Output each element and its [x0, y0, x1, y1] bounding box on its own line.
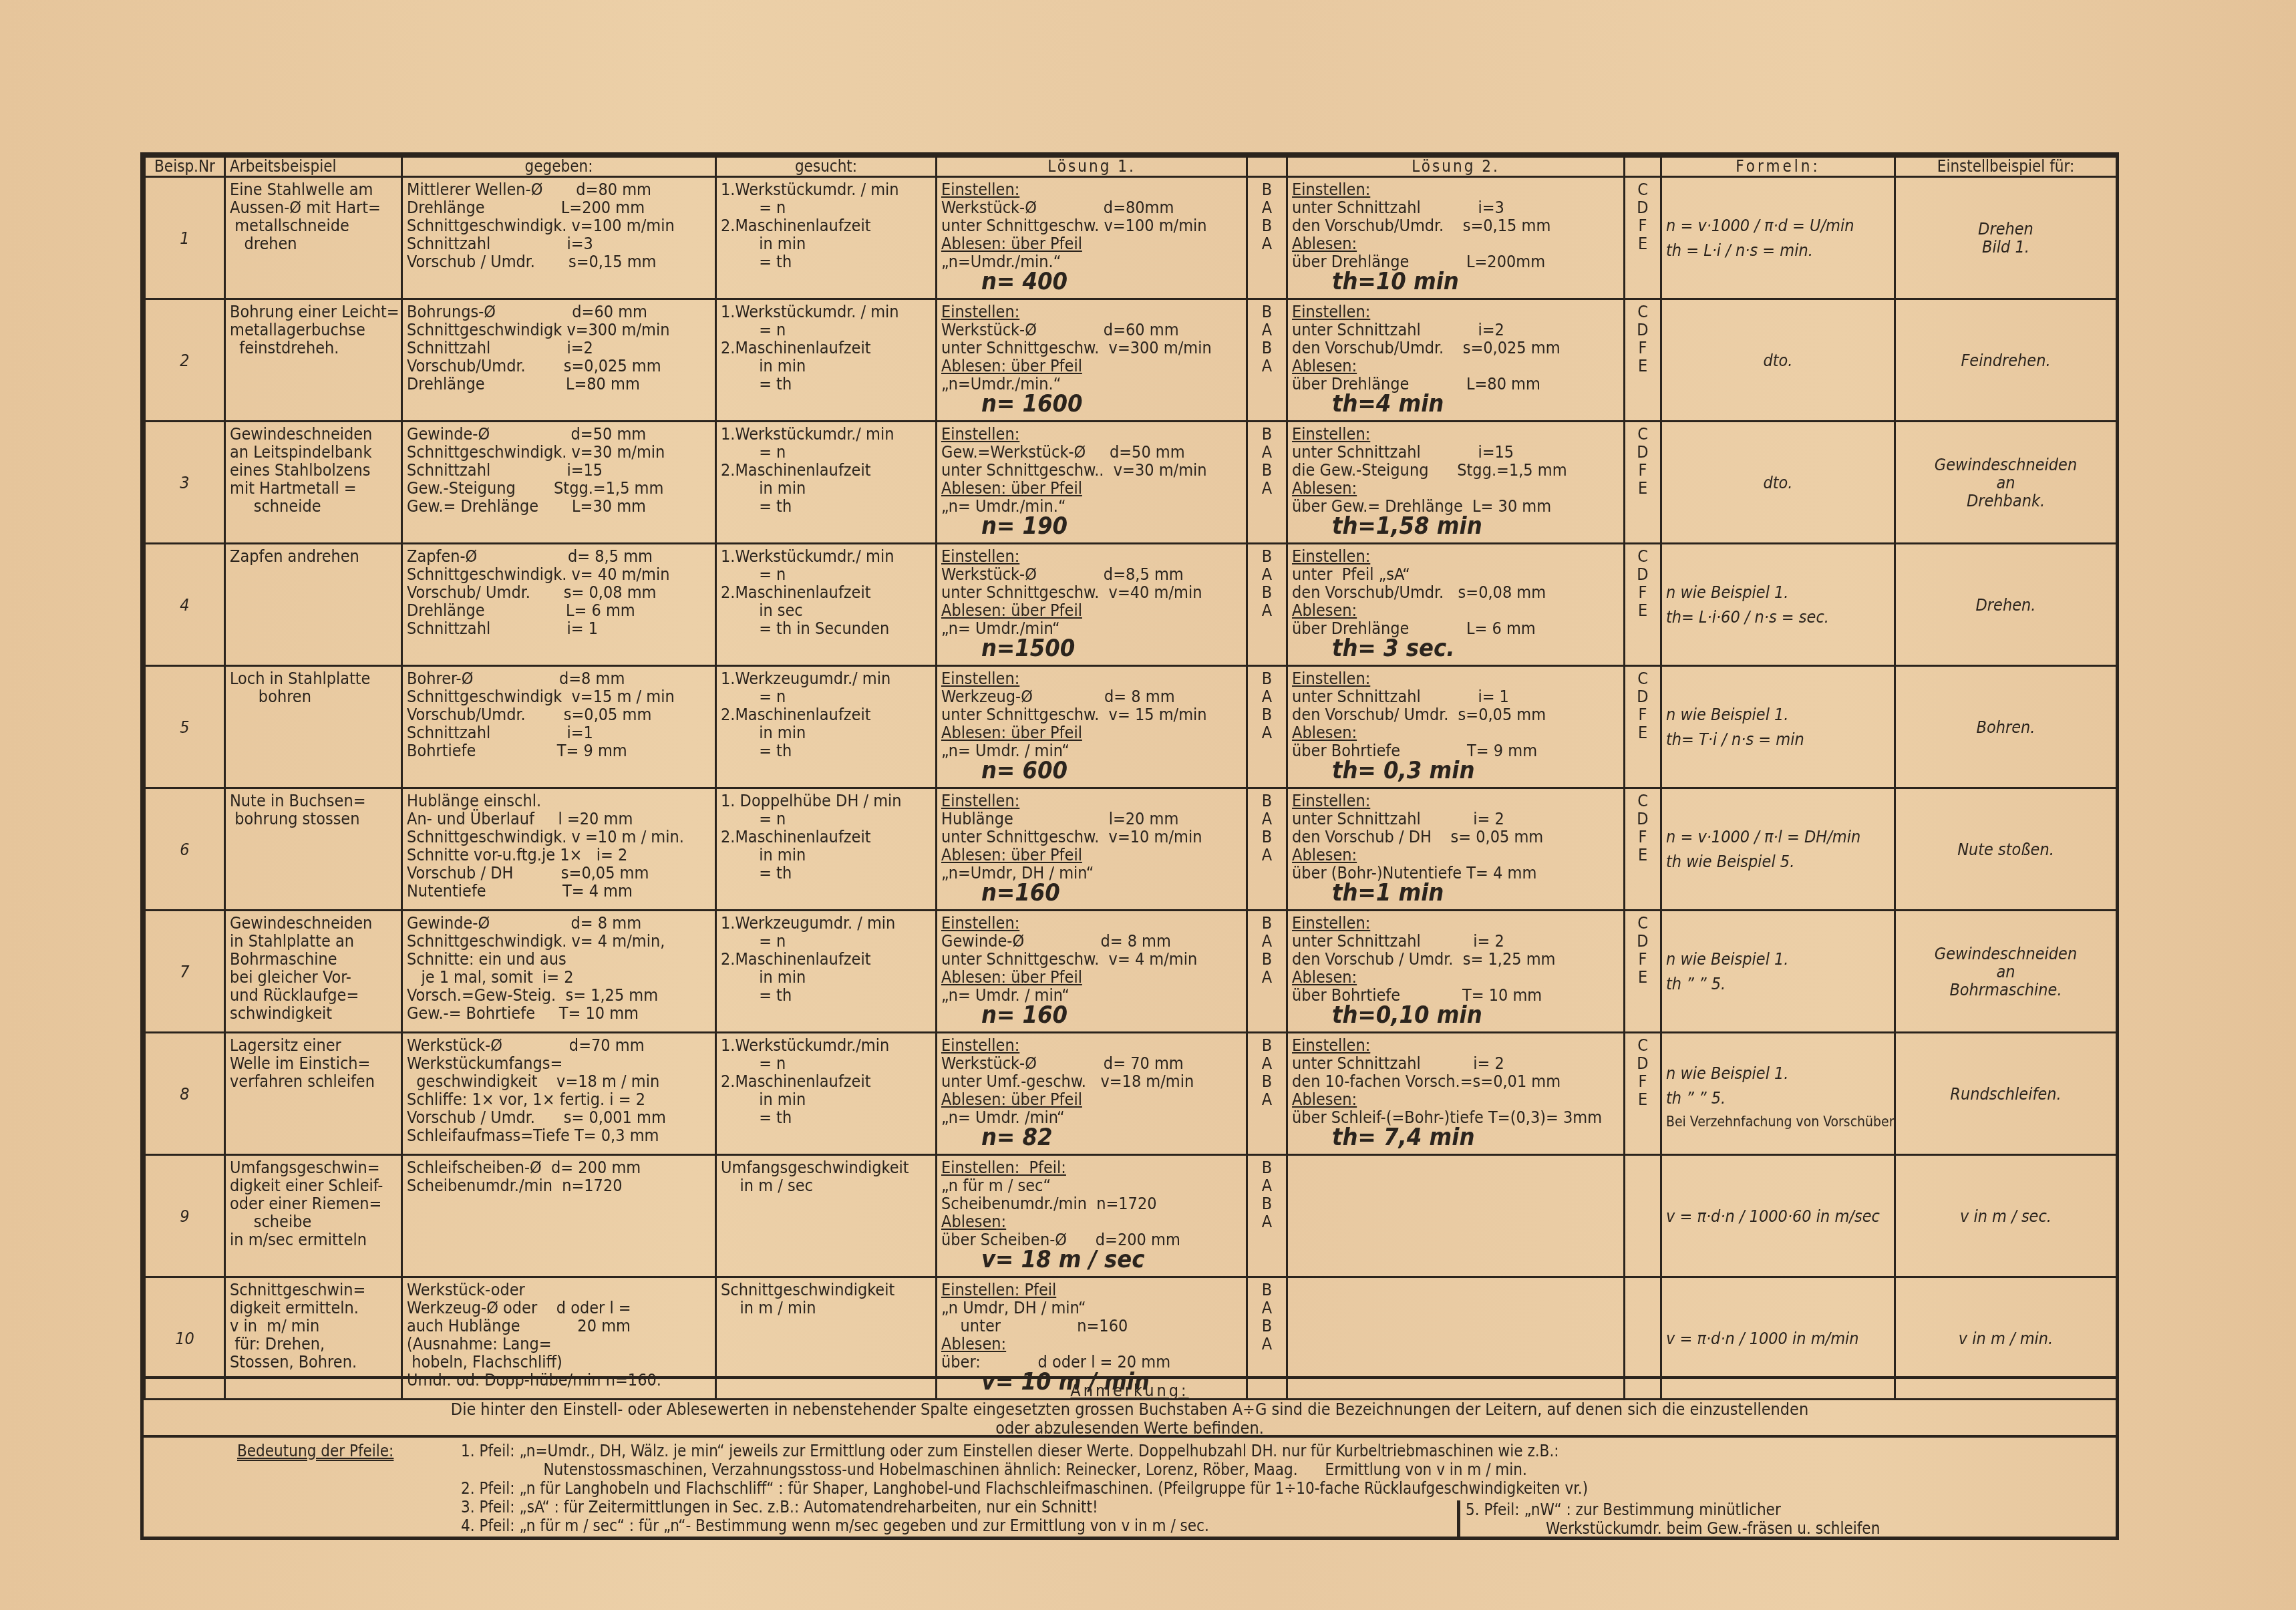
loesung1-line: Ablesen: über Pfeil — [941, 601, 1242, 619]
arbeit-line: bohren — [230, 687, 397, 705]
gesucht-cell: 1.Werkstückumdr. / min = n2.Maschinenlau… — [716, 177, 937, 299]
gegeben-line: Schnittzahl i=3 — [407, 234, 711, 253]
gegeben-line: Bohrer-Ø d=8 mm — [407, 669, 711, 687]
loesung1-line: Einstellen: — [941, 1036, 1242, 1054]
loesung1-line: Ablesen: über Pfeil — [941, 234, 1242, 253]
arbeitsbeispiel-cell: Umfangsgeschwin=digkeit einer Schleif-od… — [225, 1155, 402, 1277]
loesung2-result: th=0,10 min — [1292, 1004, 1619, 1027]
loesung1-line: unter Schnittgeschw. v=300 m/min — [941, 339, 1242, 357]
gegeben-line: (Ausnahme: Lang= — [407, 1335, 711, 1353]
scale-letter: B — [1252, 1158, 1282, 1176]
scale-letter: A — [1252, 1090, 1282, 1108]
scale-letter: F — [1629, 216, 1656, 234]
loesung1-line: Einstellen: — [941, 303, 1242, 321]
loesung2-line: unter Schnittzahl i= 2 — [1292, 932, 1619, 950]
gesucht-line: = n — [721, 321, 931, 339]
loesung2-line: Ablesen: — [1292, 479, 1619, 497]
loesung1-cell: Einstellen:Hublänge l=20 mmunter Schnitt… — [937, 788, 1247, 911]
loesung2-line: Einstellen: — [1292, 669, 1619, 687]
gesucht-line: 2.Maschinenlaufzeit — [721, 1072, 931, 1090]
scale-letter: D — [1629, 810, 1656, 828]
scale-letters-2: CDFE — [1625, 911, 1661, 1033]
arbeit-line: digkeit ermitteln. — [230, 1299, 397, 1317]
anmerkung-text-2: oder abzulesenden Werte befinden. — [144, 1419, 2116, 1438]
formula-line: n wie Beispiel 1. — [1666, 950, 1890, 968]
gesucht-line: = th — [721, 497, 931, 515]
einstellbeispiel-line: Bild 1. — [1900, 238, 2112, 256]
einstellbeispiel-cell: Feindrehen. — [1895, 299, 2117, 422]
example-number: 8 — [145, 1033, 225, 1155]
loesung1-line: „n für m / sec“ — [941, 1176, 1242, 1194]
formula-line: v = π·d·n / 1000·60 in m/sec — [1666, 1207, 1890, 1225]
scale-letter: D — [1629, 565, 1656, 583]
loesung2-line: den Vorschub/Umdr. s=0,15 mm — [1292, 216, 1619, 234]
loesung1-cell: Einstellen:Werkzeug-Ø d= 8 mmunter Schni… — [937, 666, 1247, 788]
formula-line: th= T·i / n·s = min — [1666, 730, 1890, 748]
formula-line: n = v·1000 / π·l = DH/min — [1666, 828, 1890, 846]
header-letters2 — [1625, 157, 1661, 177]
gegeben-line: Gew.= Drehlänge L=30 mm — [407, 497, 711, 515]
arbeitsbeispiel-cell: Lagersitz einerWelle im Einstich=verfahr… — [225, 1033, 402, 1155]
arbeitsbeispiel-cell: Zapfen andrehen — [225, 544, 402, 666]
gesucht-line: Umfangsgeschwindigkeit — [721, 1158, 931, 1176]
gesucht-line: 1.Werkstückumdr./min — [721, 1036, 931, 1054]
arbeit-line: bei gleicher Vor- — [230, 968, 397, 986]
loesung2-line: unter Schnittzahl i= 1 — [1292, 687, 1619, 705]
gesucht-cell: Umfangsgeschwindigkeit in m / sec — [716, 1155, 937, 1277]
loesung2-line: den Vorschub/ Umdr. s=0,05 mm — [1292, 705, 1619, 723]
example-number: 9 — [145, 1155, 225, 1277]
gegeben-line: Vorschub / Umdr. s= 0,001 mm — [407, 1108, 711, 1126]
loesung2-line: Ablesen: — [1292, 357, 1619, 375]
arbeitsbeispiel-cell: Gewindeschneidenin Stahlplatte anBohrmas… — [225, 911, 402, 1033]
scale-letter: E — [1629, 357, 1656, 375]
scale-letters-1: BABA — [1247, 1033, 1287, 1155]
gesucht-line: 1.Werkstückumdr. / min — [721, 303, 931, 321]
arbeit-line: eines Stahlbolzens — [230, 461, 397, 479]
gegeben-line: Hublänge einschl. — [407, 792, 711, 810]
formeln-cell: dto. — [1661, 422, 1895, 544]
gesucht-cell: 1. Doppelhübe DH / min = n2.Maschinenlau… — [716, 788, 937, 911]
loesung2-result: th=4 min — [1292, 393, 1619, 416]
scale-letters-1: BABA — [1247, 299, 1287, 422]
loesung1-cell: Einstellen:Werkstück-Ø d=80mmunter Schni… — [937, 177, 1247, 299]
einstellbeispiel-cell: Bohren. — [1895, 666, 2117, 788]
loesung2-cell: Einstellen:unter Schnittzahl i= 2den 10-… — [1287, 1033, 1625, 1155]
loesung1-line: unter Umf.-geschw. v=18 m/min — [941, 1072, 1242, 1090]
scale-letter: E — [1629, 1090, 1656, 1108]
formeln-cell: n = v·1000 / π·d = U/minth = L·i / n·s =… — [1661, 177, 1895, 299]
formeln-note: Bei Verzehnfachung von Vorschüben auch T… — [1666, 1114, 1890, 1130]
example-number: 6 — [145, 788, 225, 911]
scale-letters-2: CDFE — [1625, 422, 1661, 544]
loesung2-line: Ablesen: — [1292, 1090, 1619, 1108]
gegeben-line: Werkstück-oder — [407, 1281, 711, 1299]
gesucht-line: in min — [721, 357, 931, 375]
loesung1-result: n= 82 — [941, 1126, 1242, 1149]
arbeitsbeispiel-cell: Bohrung einer Leicht=metallagerbuchse fe… — [225, 299, 402, 422]
scale-letter: E — [1629, 968, 1656, 986]
arbeit-line: oder einer Riemen= — [230, 1194, 397, 1213]
scale-letter: E — [1629, 601, 1656, 619]
gesucht-cell: 1.Werkstückumdr./ min = n2.Maschinenlauf… — [716, 422, 937, 544]
gesucht-line: 2.Maschinenlaufzeit — [721, 583, 931, 601]
formula-line: th= L·i·60 / n·s = sec. — [1666, 608, 1890, 626]
loesung1-line: unter Schnittgeschw. v=100 m/min — [941, 216, 1242, 234]
loesung2-line: unter Schnittzahl i=3 — [1292, 198, 1619, 216]
loesung2-line: den Vorschub / Umdr. s= 1,25 mm — [1292, 950, 1619, 968]
scale-letter: A — [1252, 479, 1282, 497]
pfeil-item-1: 1. Pfeil: „n=Umdr., DH, Wälz. je min“ je… — [461, 1442, 2091, 1460]
loesung1-line: Ablesen: — [941, 1335, 1242, 1353]
table-row: 7Gewindeschneidenin Stahlplatte anBohrma… — [145, 911, 2117, 1033]
loesung1-line: Ablesen: über Pfeil — [941, 968, 1242, 986]
anmerkung-section: Anmerkung: Die hinter den Einstell- oder… — [144, 1376, 2116, 1438]
arbeit-line: Gewindeschneiden — [230, 914, 397, 932]
gegeben-line: Schnittgeschwindigk v=15 m / min — [407, 687, 711, 705]
scale-letter: C — [1629, 792, 1656, 810]
scale-letters-2: CDFE — [1625, 177, 1661, 299]
loesung1-cell: Einstellen:Werkstück-Ø d= 70 mmunter Umf… — [937, 1033, 1247, 1155]
gegeben-line: auch Hublänge 20 mm — [407, 1317, 711, 1335]
scale-letter: B — [1252, 303, 1282, 321]
example-number: 3 — [145, 422, 225, 544]
loesung2-cell: Einstellen:unter Schnittzahl i= 2den Vor… — [1287, 788, 1625, 911]
gegeben-line: Schnittgeschwindigk. v= 40 m/min — [407, 565, 711, 583]
pfeile-legend: Bedeutung der Pfeile: 1. Pfeil: „n=Umdr.… — [144, 1438, 2116, 1537]
formula-line: n wie Beispiel 1. — [1666, 705, 1890, 723]
einstellbeispiel-line: Drehen — [1900, 220, 2112, 238]
loesung1-line: Ablesen: über Pfeil — [941, 479, 1242, 497]
scale-letter: C — [1629, 669, 1656, 687]
einstellbeispiel-cell: Nute stoßen. — [1895, 788, 2117, 911]
scale-letters-2: CDFE — [1625, 788, 1661, 911]
scale-letters-1: BABA — [1247, 544, 1287, 666]
arbeit-line: Zapfen andrehen — [230, 547, 397, 565]
einstellbeispiel-line: Bohrmaschine. — [1900, 981, 2112, 999]
gegeben-cell: Zapfen-Ø d= 8,5 mmSchnittgeschwindigk. v… — [402, 544, 716, 666]
scale-letter: B — [1252, 425, 1282, 443]
scale-letter: A — [1252, 443, 1282, 461]
loesung2-line: den Vorschub/Umdr. s=0,025 mm — [1292, 339, 1619, 357]
loesung1-cell: Einstellen:Werkstück-Ø d=8,5 mmunter Sch… — [937, 544, 1247, 666]
scale-letter: A — [1252, 1213, 1282, 1231]
gesucht-line: 2.Maschinenlaufzeit — [721, 216, 931, 234]
nomogram-instruction-sheet: Beisp.Nr Arbeitsbeispiel gegeben: gesuch… — [140, 152, 2119, 1540]
loesung2-line: unter Schnittzahl i=15 — [1292, 443, 1619, 461]
arbeit-line: bohrung stossen — [230, 810, 397, 828]
gegeben-line: Vorschub/Umdr. s=0,05 mm — [407, 705, 711, 723]
example-number: 5 — [145, 666, 225, 788]
formula-line: th = L·i / n·s = min. — [1666, 241, 1890, 259]
arbeit-line: mit Hartmetall = — [230, 479, 397, 497]
gesucht-cell: 1.Werkzeugumdr./ min = n2.Maschinenlaufz… — [716, 666, 937, 788]
gesucht-line: = n — [721, 1054, 931, 1072]
scale-letters-1: BABA — [1247, 1155, 1287, 1277]
scale-letter: A — [1252, 1054, 1282, 1072]
loesung2-line: unter Schnittzahl i=2 — [1292, 321, 1619, 339]
gegeben-line: Vorschub/Umdr. s=0,025 mm — [407, 357, 711, 375]
arbeit-line: verfahren schleifen — [230, 1072, 397, 1090]
gesucht-line: 1.Werkstückumdr. / min — [721, 180, 931, 198]
gesucht-line: = n — [721, 810, 931, 828]
header-einstellbeispiel: Einstellbeispiel für: — [1895, 157, 2117, 177]
gesucht-line: in min — [721, 234, 931, 253]
scale-letter: A — [1252, 810, 1282, 828]
scale-letters-2: CDFE — [1625, 1033, 1661, 1155]
scale-letter: B — [1252, 1281, 1282, 1299]
gegeben-line: geschwindigkeit v=18 m / min — [407, 1072, 711, 1090]
loesung1-line: Einstellen: — [941, 792, 1242, 810]
gegeben-line: Schnittzahl i= 1 — [407, 619, 711, 637]
loesung1-line: Ablesen: über Pfeil — [941, 723, 1242, 742]
table-row: 1Eine Stahlwelle amAussen-Ø mit Hart= me… — [145, 177, 2117, 299]
arbeitsbeispiel-cell: Gewindeschneidenan Leitspindelbankeines … — [225, 422, 402, 544]
scale-letter: D — [1629, 1054, 1656, 1072]
arbeit-line: metallschneide — [230, 216, 397, 234]
loesung1-line: Hublänge l=20 mm — [941, 810, 1242, 828]
loesung2-line: Einstellen: — [1292, 792, 1619, 810]
table-row: 9Umfangsgeschwin=digkeit einer Schleif-o… — [145, 1155, 2117, 1277]
scale-letter: F — [1629, 339, 1656, 357]
pfeil-item-2: 2. Pfeil: „n für Langhobeln und Flachsch… — [461, 1479, 2091, 1498]
pfeile-label: Bedeutung der Pfeile: — [237, 1442, 393, 1460]
gegeben-line: Zapfen-Ø d= 8,5 mm — [407, 547, 711, 565]
gegeben-line: Schliffe: 1× vor, 1× fertig. i = 2 — [407, 1090, 711, 1108]
scale-letters-2 — [1625, 1155, 1661, 1277]
scale-letter: B — [1252, 1072, 1282, 1090]
scale-letter: B — [1252, 339, 1282, 357]
arbeitsbeispiel-cell: Loch in Stahlplatte bohren — [225, 666, 402, 788]
loesung1-line: Einstellen: — [941, 425, 1242, 443]
scale-letters-1: BABA — [1247, 177, 1287, 299]
loesung1-cell: Einstellen:Gewinde-Ø d= 8 mmunter Schnit… — [937, 911, 1247, 1033]
gesucht-line: 1.Werkstückumdr./ min — [721, 547, 931, 565]
loesung2-cell: Einstellen:unter Schnittzahl i=2den Vors… — [1287, 299, 1625, 422]
gesucht-line: = th — [721, 864, 931, 882]
gesucht-line: in min — [721, 1090, 931, 1108]
formula-line: dto. — [1666, 351, 1890, 369]
gegeben-cell: Werkstück-Ø d=70 mmWerkstückumfangs= ges… — [402, 1033, 716, 1155]
loesung2-line: Einstellen: — [1292, 425, 1619, 443]
arbeit-line: Schnittgeschwin= — [230, 1281, 397, 1299]
einstellbeispiel-line: Gewindeschneiden — [1900, 945, 2112, 963]
formeln-cell: n = v·1000 / π·l = DH/minth wie Beispiel… — [1661, 788, 1895, 911]
table-row: 4Zapfen andrehenZapfen-Ø d= 8,5 mmSchnit… — [145, 544, 2117, 666]
header-loesung2: Lösung 2. — [1287, 157, 1625, 177]
gegeben-cell: Mittlerer Wellen-Ø d=80 mmDrehlänge L=20… — [402, 177, 716, 299]
einstellbeispiel-cell: Rundschleifen. — [1895, 1033, 2117, 1155]
scale-letter: B — [1252, 461, 1282, 479]
arbeit-line: Stossen, Bohren. — [230, 1353, 397, 1371]
header-loesung1: Lösung 1. — [937, 157, 1247, 177]
loesung1-line: unter n=160 — [941, 1317, 1242, 1335]
einstellbeispiel-cell: DrehenBild 1. — [1895, 177, 2117, 299]
scale-letter: E — [1629, 723, 1656, 742]
formeln-cell: n wie Beispiel 1.th= T·i / n·s = min — [1661, 666, 1895, 788]
gesucht-line: = n — [721, 443, 931, 461]
scale-letter: E — [1629, 234, 1656, 253]
loesung1-line: unter Schnittgeschw. v=40 m/min — [941, 583, 1242, 601]
formeln-cell: n wie Beispiel 1.th= L·i·60 / n·s = sec. — [1661, 544, 1895, 666]
scale-letter: D — [1629, 443, 1656, 461]
gegeben-line: Schleifscheiben-Ø d= 200 mm — [407, 1158, 711, 1176]
loesung1-line: Einstellen: — [941, 180, 1242, 198]
arbeit-line: in Stahlplatte an — [230, 932, 397, 950]
loesung1-result: n= 600 — [941, 760, 1242, 782]
loesung2-line: Einstellen: — [1292, 180, 1619, 198]
loesung2-cell: Einstellen:unter Schnittzahl i= 1den Vor… — [1287, 666, 1625, 788]
loesung1-line: Werkzeug-Ø d= 8 mm — [941, 687, 1242, 705]
scale-letter: A — [1252, 565, 1282, 583]
loesung2-line: die Gew.-Steigung Stgg.=1,5 mm — [1292, 461, 1619, 479]
gesucht-line: 1.Werkstückumdr./ min — [721, 425, 931, 443]
gegeben-line: Schnittgeschwindigk. v =10 m / min. — [407, 828, 711, 846]
loesung2-line: unter Schnittzahl i= 2 — [1292, 1054, 1619, 1072]
scale-letter: B — [1252, 1194, 1282, 1213]
loesung1-line: Ablesen: — [941, 1213, 1242, 1231]
gesucht-line: 2.Maschinenlaufzeit — [721, 461, 931, 479]
arbeit-line: Aussen-Ø mit Hart= — [230, 198, 397, 216]
loesung1-line: Werkstück-Ø d=60 mm — [941, 321, 1242, 339]
gegeben-line: An- und Überlauf l =20 mm — [407, 810, 711, 828]
gesucht-line: = n — [721, 565, 931, 583]
arbeit-line: für: Drehen, — [230, 1335, 397, 1353]
loesung1-cell: Einstellen:Werkstück-Ø d=60 mmunter Schn… — [937, 299, 1247, 422]
scale-letter: B — [1252, 1317, 1282, 1335]
examples-table: Beisp.Nr Arbeitsbeispiel gegeben: gesuch… — [144, 156, 2118, 1400]
scale-letter: D — [1629, 198, 1656, 216]
gegeben-line: Vorschub / DH s=0,05 mm — [407, 864, 711, 882]
gegeben-line: Bohrtiefe T= 9 mm — [407, 742, 711, 760]
scale-letter: A — [1252, 1335, 1282, 1353]
scale-letter: C — [1629, 303, 1656, 321]
loesung2-result: th= 7,4 min — [1292, 1126, 1619, 1149]
gesucht-line: = n — [721, 687, 931, 705]
loesung2-line: Einstellen: — [1292, 303, 1619, 321]
gegeben-cell: Bohrungs-Ø d=60 mmSchnittgeschwindigk v=… — [402, 299, 716, 422]
loesung1-line: Einstellen: — [941, 914, 1242, 932]
loesung1-line: Einstellen: Pfeil: — [941, 1158, 1242, 1176]
scale-letter: D — [1629, 932, 1656, 950]
formula-line: th ” ” 5. — [1666, 975, 1890, 993]
scale-letter: F — [1629, 461, 1656, 479]
gegeben-cell: Bohrer-Ø d=8 mmSchnittgeschwindigk v=15 … — [402, 666, 716, 788]
scale-letter: A — [1252, 1176, 1282, 1194]
gesucht-cell: 1.Werkzeugumdr. / min = n2.Maschinenlauf… — [716, 911, 937, 1033]
loesung2-line: Ablesen: — [1292, 846, 1619, 864]
example-number: 7 — [145, 911, 225, 1033]
arbeitsbeispiel-cell: Eine Stahlwelle amAussen-Ø mit Hart= met… — [225, 177, 402, 299]
gegeben-line: Drehlänge L= 6 mm — [407, 601, 711, 619]
loesung1-line: Scheibenumdr./min n=1720 — [941, 1194, 1242, 1213]
loesung1-line: Werkstück-Ø d= 70 mm — [941, 1054, 1242, 1072]
gegeben-cell: Gewinde-Ø d= 8 mmSchnittgeschwindigk. v=… — [402, 911, 716, 1033]
gesucht-line: = th — [721, 986, 931, 1004]
arbeit-line: und Rücklaufge= — [230, 986, 397, 1004]
scale-letter: A — [1252, 1299, 1282, 1317]
gesucht-line: 2.Maschinenlaufzeit — [721, 828, 931, 846]
loesung1-result: n= 160 — [941, 1004, 1242, 1027]
gegeben-line: Nutentiefe T= 4 mm — [407, 882, 711, 900]
gegeben-line: Schnittgeschwindigk. v= 4 m/min, — [407, 932, 711, 950]
arbeit-line: Umfangsgeschwin= — [230, 1158, 397, 1176]
arbeit-line: Lagersitz einer — [230, 1036, 397, 1054]
loesung2-line: den Vorschub/Umdr. s=0,08 mm — [1292, 583, 1619, 601]
loesung1-line: Ablesen: über Pfeil — [941, 357, 1242, 375]
formula-line: dto. — [1666, 474, 1890, 492]
loesung2-line: den 10-fachen Vorsch.=s=0,01 mm — [1292, 1072, 1619, 1090]
scale-letter: A — [1252, 723, 1282, 742]
loesung2-result: th=1 min — [1292, 882, 1619, 905]
scale-letter: A — [1252, 932, 1282, 950]
header-nr: Beisp.Nr — [145, 157, 225, 177]
table-row: 2Bohrung einer Leicht=metallagerbuchse f… — [145, 299, 2117, 422]
loesung1-line: unter Schnittgeschw. v=10 m/min — [941, 828, 1242, 846]
gesucht-line: = th — [721, 1108, 931, 1126]
arbeit-line: Bohrmaschine — [230, 950, 397, 968]
formula-line: v = π·d·n / 1000 in m/min — [1666, 1329, 1890, 1347]
loesung1-line: Einstellen: Pfeil — [941, 1281, 1242, 1299]
scale-letter: B — [1252, 828, 1282, 846]
gesucht-line: 1.Werkzeugumdr. / min — [721, 914, 931, 932]
scale-letters-1: BABA — [1247, 666, 1287, 788]
arbeit-line: Eine Stahlwelle am — [230, 180, 397, 198]
gesucht-line: 2.Maschinenlaufzeit — [721, 950, 931, 968]
arbeit-line: v in m/ min — [230, 1317, 397, 1335]
gegeben-line: Schnittgeschwindigk. v=30 m/min — [407, 443, 711, 461]
scale-letter: C — [1629, 547, 1656, 565]
gesucht-line: 2.Maschinenlaufzeit — [721, 705, 931, 723]
example-number: 4 — [145, 544, 225, 666]
arbeit-line: Gewindeschneiden — [230, 425, 397, 443]
gegeben-line: Drehlänge L=80 mm — [407, 375, 711, 393]
arbeit-line: scheibe — [230, 1213, 397, 1231]
scale-letter: B — [1252, 914, 1282, 932]
gesucht-line: = n — [721, 932, 931, 950]
loesung2-cell: Einstellen:unter Schnittzahl i=15die Gew… — [1287, 422, 1625, 544]
scale-letter: A — [1252, 234, 1282, 253]
scale-letter: B — [1252, 180, 1282, 198]
header-gesucht: gesucht: — [716, 157, 937, 177]
scale-letter: F — [1629, 705, 1656, 723]
loesung1-result: n=1500 — [941, 637, 1242, 660]
formeln-cell: v = π·d·n / 1000·60 in m/sec — [1661, 1155, 1895, 1277]
loesung1-line: unter Schnittgeschw.. v=30 m/min — [941, 461, 1242, 479]
scale-letter: B — [1252, 1036, 1282, 1054]
gesucht-line: in m / sec — [721, 1176, 931, 1194]
gegeben-line: Drehlänge L=200 mm — [407, 198, 711, 216]
scale-letter: D — [1629, 687, 1656, 705]
scale-letter: B — [1252, 216, 1282, 234]
gesucht-line: = n — [721, 198, 931, 216]
gegeben-line: hobeln, Flachschliff) — [407, 1353, 711, 1371]
gesucht-line: in sec — [721, 601, 931, 619]
header-letters1 — [1247, 157, 1287, 177]
loesung2-cell: Einstellen:unter Schnittzahl i= 2den Vor… — [1287, 911, 1625, 1033]
arbeit-line: Nute in Buchsen= — [230, 792, 397, 810]
gegeben-line: Schnittzahl i=15 — [407, 461, 711, 479]
formeln-cell: dto. — [1661, 299, 1895, 422]
scale-letter: E — [1629, 479, 1656, 497]
loesung2-result: th=10 min — [1292, 271, 1619, 293]
scale-letter: A — [1252, 357, 1282, 375]
formula-line: th ” ” 5. — [1666, 1089, 1890, 1107]
einstellbeispiel-line: an — [1900, 474, 2112, 492]
einstellbeispiel-line: Drehbank. — [1900, 492, 2112, 510]
gesucht-line: in min — [721, 723, 931, 742]
scale-letter: A — [1252, 968, 1282, 986]
